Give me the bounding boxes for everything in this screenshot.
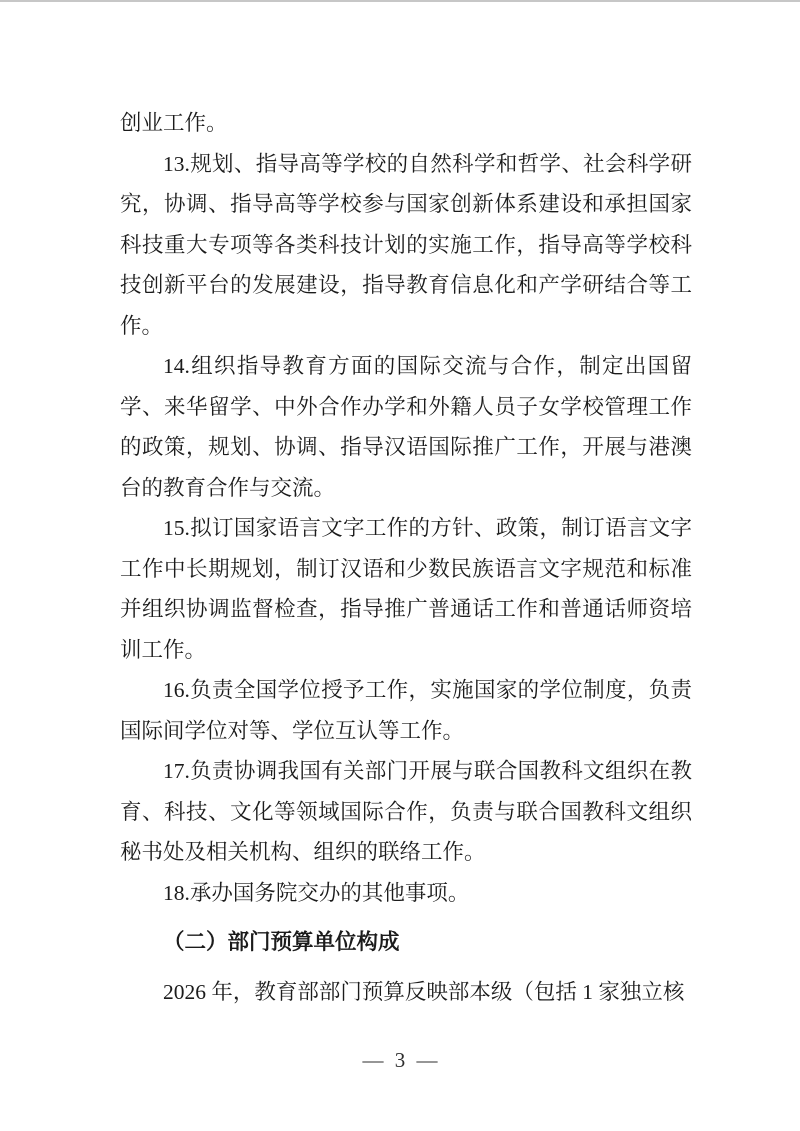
paragraph-item-13: 13.规划、指导高等学校的自然科学和哲学、社会科学研究，协调、指导高等学校参与国… (120, 144, 692, 347)
paragraph-continuation: 创业工作。 (120, 103, 692, 144)
paragraph-item-18: 18.承办国务院交办的其他事项。 (120, 873, 692, 914)
section-heading-budget-units: （二）部门预算单位构成 (120, 922, 692, 963)
paragraph-item-15: 15.拟订国家语言文字工作的方针、政策，制订语言文字工作中长期规划，制订汉语和少… (120, 508, 692, 670)
page-footer: — 3 — (0, 1046, 800, 1074)
document-page: 创业工作。 13.规划、指导高等学校的自然科学和哲学、社会科学研究，协调、指导高… (0, 0, 800, 1131)
page-number: — 3 — (363, 1048, 438, 1072)
paragraph-budget-intro: 2026 年，教育部部门预算反映部本级（包括 1 家独立核 (120, 972, 692, 1013)
paragraph-item-14: 14.组织指导教育方面的国际交流与合作，制定出国留学、来华留学、中外合作办学和外… (120, 346, 692, 508)
paragraph-item-16: 16.负责全国学位授予工作，实施国家的学位制度，负责国际间学位对等、学位互认等工… (120, 670, 692, 751)
document-body: 创业工作。 13.规划、指导高等学校的自然科学和哲学、社会科学研究，协调、指导高… (120, 0, 692, 1012)
paragraph-item-17: 17.负责协调我国有关部门开展与联合国教科文组织在教育、科技、文化等领域国际合作… (120, 751, 692, 873)
